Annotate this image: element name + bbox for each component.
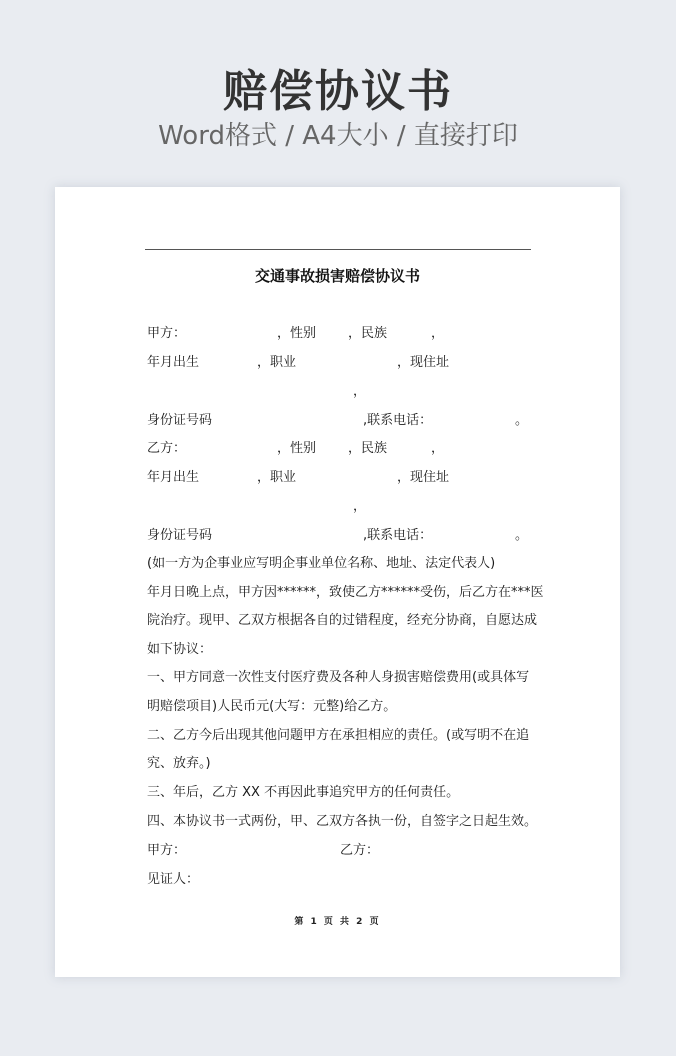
document-page: 交通事故损害赔偿协议书 甲方： ，性别 ，民族 ， 年月出生 ，职业 ，现住址 …: [55, 187, 620, 977]
clause-1-line: 一、甲方同意一次性支付医疗费及各种人身损害赔偿费用(或具体写: [147, 669, 529, 687]
party-a-id-label: 身份证号码: [147, 412, 212, 430]
signature-party-b-label: 乙方：: [340, 842, 379, 860]
party-b-gender-label: ，性别: [277, 440, 316, 458]
party-b-comma: ，: [431, 440, 444, 458]
party-a-name-label: 甲方：: [147, 325, 186, 343]
party-b-phone-period: 。: [515, 527, 528, 545]
clause-2-line: 究、放弃。): [147, 755, 211, 773]
party-b-address-comma: ，: [353, 498, 366, 516]
banner-subtitle: Word格式 / A4大小 / 直接打印: [0, 118, 676, 154]
banner-title: 赔偿协议书: [0, 62, 676, 122]
party-a-phone-period: 。: [515, 412, 528, 430]
signature-witness-label: 见证人：: [147, 871, 199, 889]
party-b-address-label: ，现住址: [397, 469, 449, 487]
party-a-birth-label: 年月出生: [147, 354, 199, 372]
header-rule: [145, 249, 531, 250]
party-b-job-label: ，职业: [257, 469, 296, 487]
party-b-phone-label: ,联系电话：: [363, 527, 432, 545]
document-title: 交通事故损害赔偿协议书: [55, 265, 620, 287]
paragraph-line: 如下协议：: [147, 641, 212, 659]
party-b-id-label: 身份证号码: [147, 527, 212, 545]
clause-3-line: 三、年后，乙方 XX 不再因此事追究甲方的任何责任。: [147, 784, 459, 802]
signature-party-a-label: 甲方：: [147, 842, 186, 860]
party-a-address-label: ，现住址: [397, 354, 449, 372]
party-a-phone-label: ,联系电话：: [363, 412, 432, 430]
party-b-ethnicity-label: ，民族: [348, 440, 387, 458]
party-a-comma: ，: [431, 325, 444, 343]
page-number: 第 1 页 共 2 页: [55, 914, 620, 927]
party-b-name-label: 乙方：: [147, 440, 186, 458]
clause-4-line: 四、本协议书一式两份，甲、乙双方各执一份，自签字之日起生效。: [147, 813, 537, 831]
party-a-ethnicity-label: ，民族: [348, 325, 387, 343]
paragraph-line: 年月日晚上点，甲方因******，致使乙方******受伤，后乙方在***医: [147, 584, 544, 602]
party-a-address-comma: ，: [353, 383, 366, 401]
party-a-job-label: ，职业: [257, 354, 296, 372]
clause-2-line: 二、乙方今后出现其他问题甲方在承担相应的责任。(或写明不在追: [147, 727, 529, 745]
paragraph-line: 院治疗。现甲、乙双方根据各自的过错程度，经充分协商，自愿达成: [147, 612, 537, 630]
party-a-gender-label: ，性别: [277, 325, 316, 343]
clause-1-line: 明赔偿项目)人民币元(大写：元整)给乙方。: [147, 698, 396, 716]
organization-note: (如一方为企事业应写明企事业单位名称、地址、法定代表人): [147, 555, 495, 573]
party-b-birth-label: 年月出生: [147, 469, 199, 487]
